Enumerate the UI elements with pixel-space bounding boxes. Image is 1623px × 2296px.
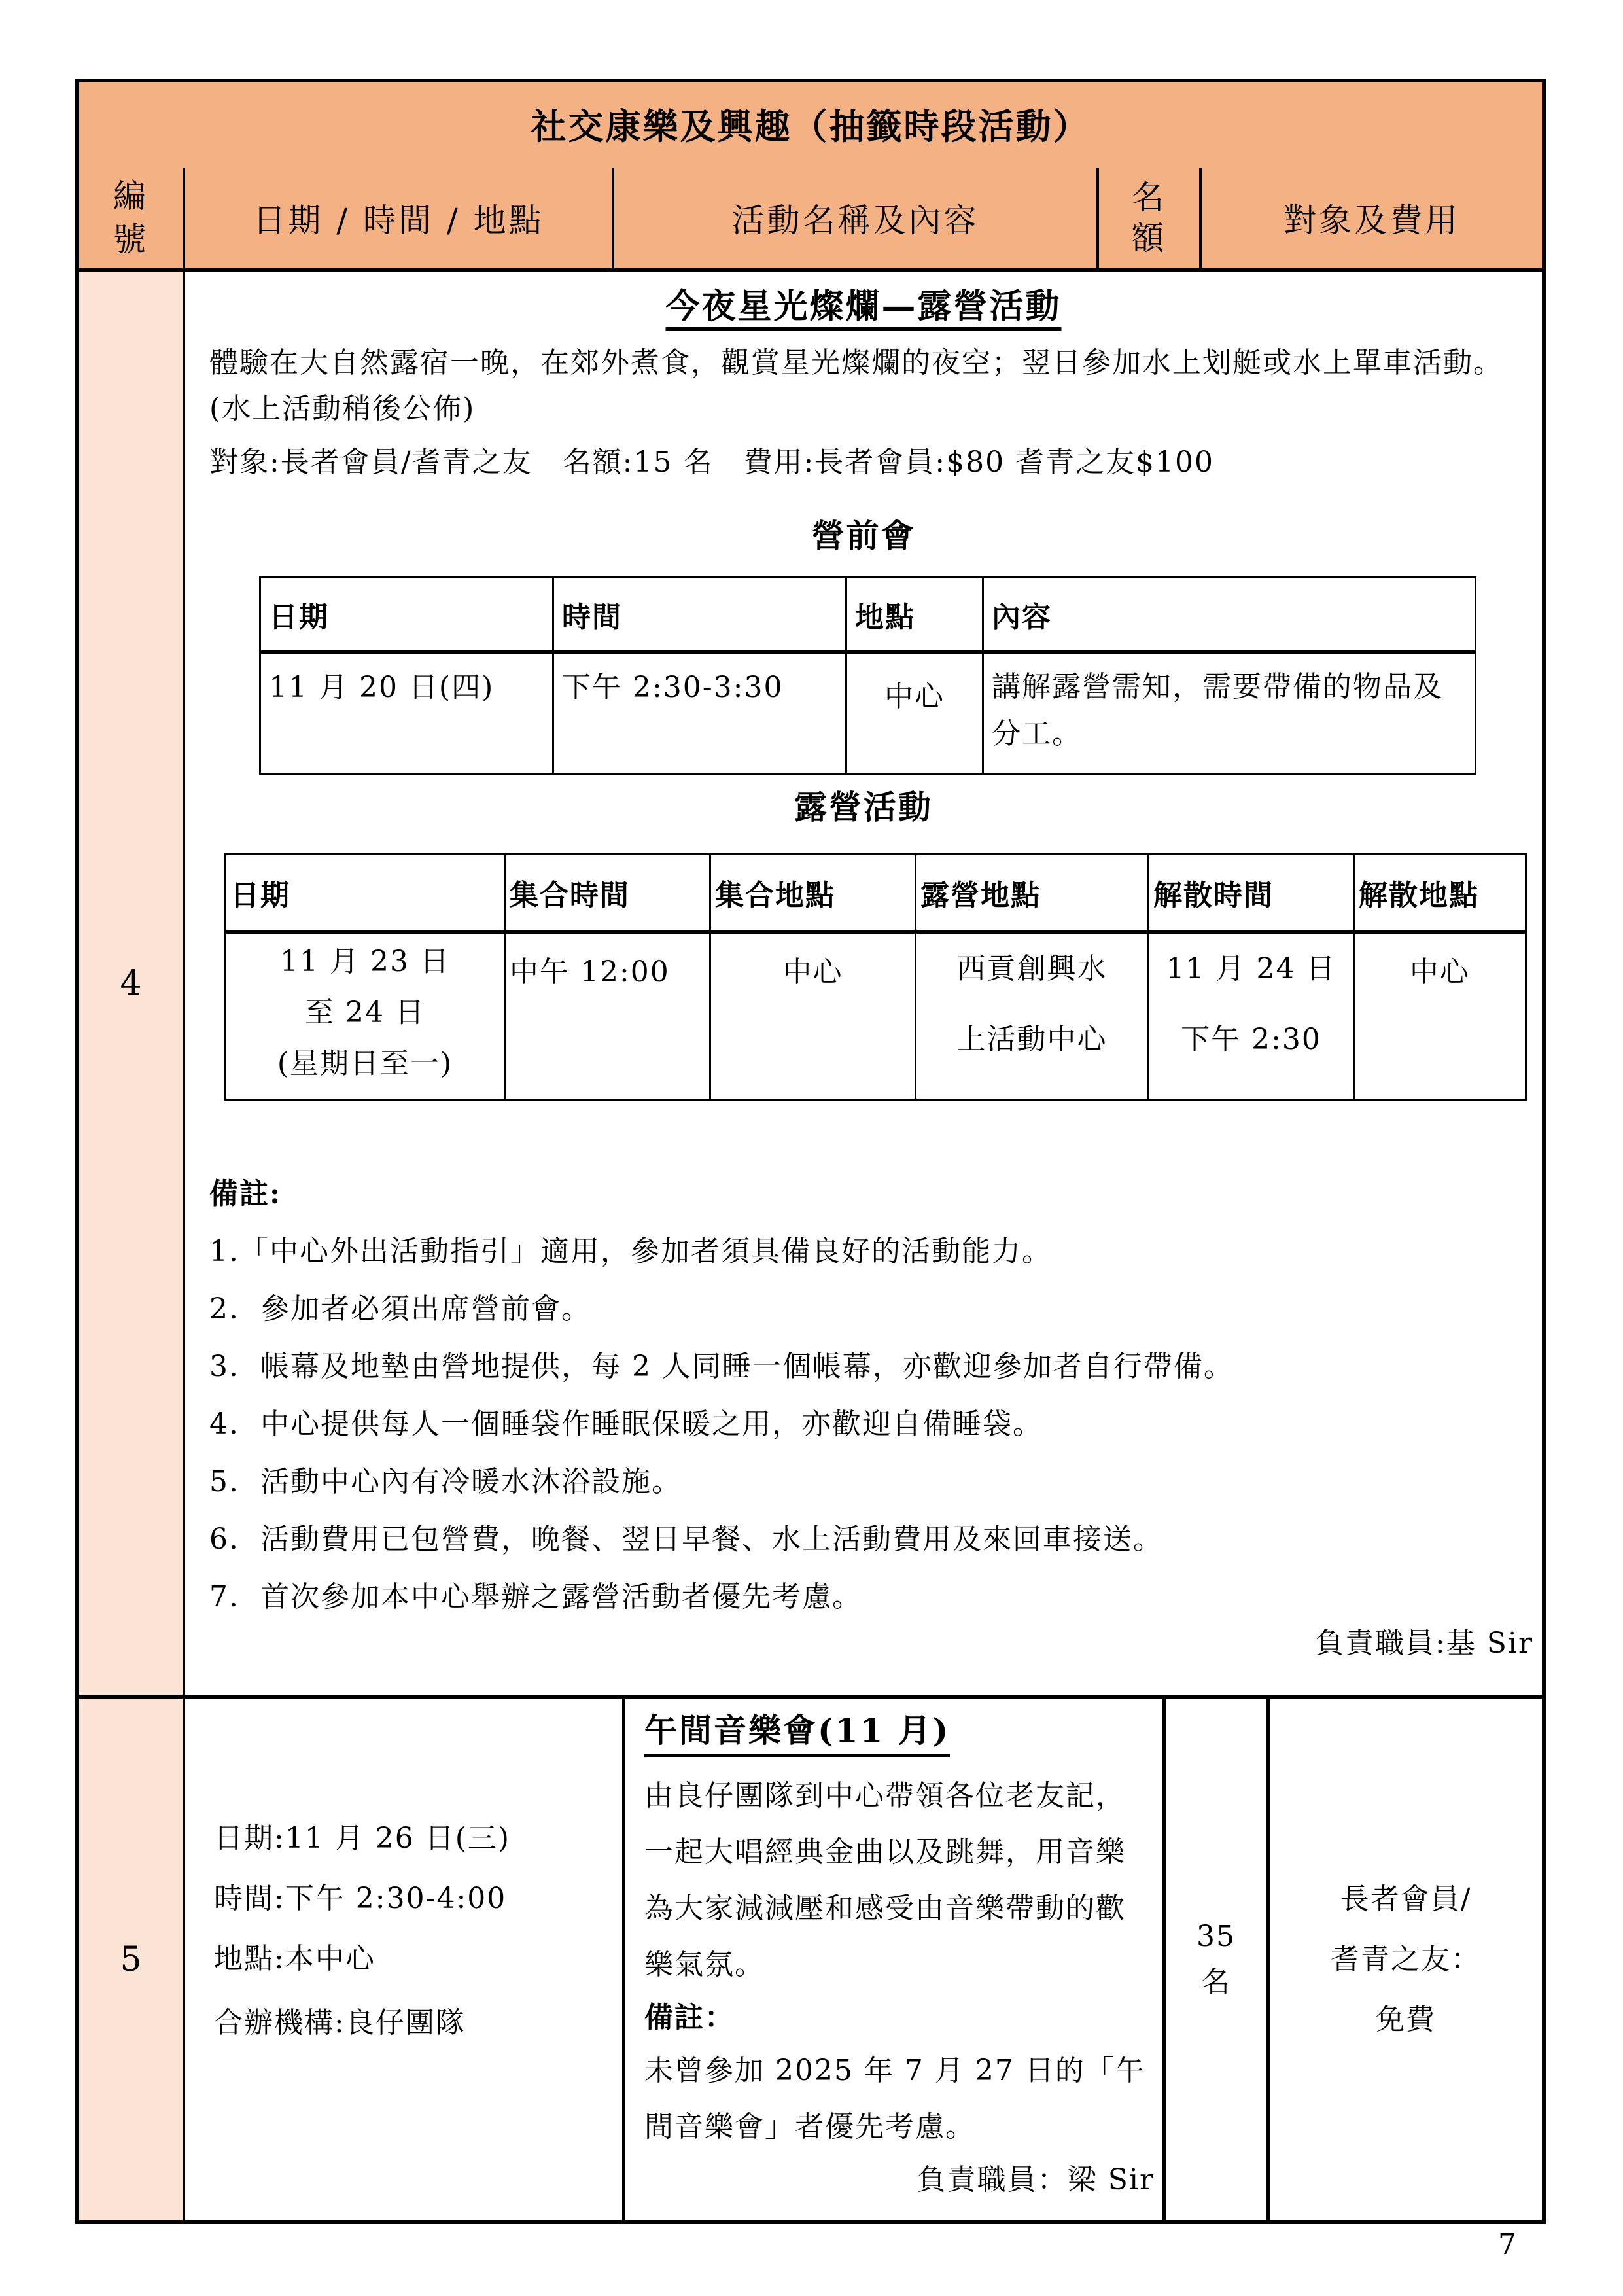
quota-cell: 35 名 <box>1166 1699 1266 2220</box>
table-header-cell: 集合地點 <box>710 855 916 932</box>
table-header-cell: 日期 <box>226 855 505 932</box>
event-co-organizer: 合辦機構:良仔團隊 <box>214 2004 620 2064</box>
section-title: 社交康樂及興趣（抽籤時段活動） <box>531 99 1091 149</box>
camp-table: 日期 集合時間 集合地點 露營地點 解散時間 解散地點 11 月 23 日 至 … <box>224 853 1527 1101</box>
table-header-cell: 地點 <box>846 578 983 652</box>
activity-number-cell: 4 <box>79 272 183 1695</box>
table-cell: 中心 <box>846 652 983 774</box>
col-header-activity: 活動名稱及內容 <box>614 168 1096 268</box>
table-row: 11 月 23 日 至 24 日 (星期日至一) 中午 12:00 中心 西貢創… <box>226 932 1526 1100</box>
event-time: 時間:下午 2:30-4:00 <box>214 1879 620 1939</box>
quota-unit: 名 <box>1201 1960 1231 2005</box>
camp-heading: 露營活動 <box>794 781 933 828</box>
note-item: 6. 活動費用已包營費，晚餐、翌日早餐、水上活動費用及來回車接送。 <box>209 1520 1518 1578</box>
table-cell: 講解露營需知，需要帶備的物品及分工。 <box>983 652 1476 774</box>
note-item: 1.「中心外出活動指引」適用，參加者須具備良好的活動能力。 <box>209 1232 1518 1290</box>
table-header-row: 日期 時間 地點 內容 <box>260 578 1476 652</box>
quota-number: 35 <box>1196 1914 1236 1960</box>
col-header-number: 編號 <box>79 168 183 268</box>
target-line-2: 耆青之友： <box>1331 1930 1481 1990</box>
table-cell: 11 月 23 日 至 24 日 (星期日至一) <box>226 932 505 1100</box>
table-cell: 11 月 20 日(四) <box>260 652 553 774</box>
target-fee-cell: 長者會員/ 耆青之友： 免費 <box>1270 1699 1542 2220</box>
notes-label: 備註: <box>209 1174 1518 1232</box>
staff-in-charge: 負責職員：梁 Sir <box>644 2155 1155 2205</box>
col-header-datetime-venue: 日期 / 時間 / 地點 <box>185 168 612 268</box>
notes-block: 備註: 1.「中心外出活動指引」適用，參加者須具備良好的活動能力。 2. 參加者… <box>209 1174 1518 1635</box>
event-venue: 地點:本中心 <box>214 1939 620 2004</box>
note-item: 5. 活動中心內有冷暖水沐浴設施。 <box>209 1462 1518 1520</box>
datetime-venue-block: 日期:11 月 26 日(三) 時間:下午 2:30-4:00 地點:本中心 合… <box>214 1819 620 2064</box>
table-header-row: 日期 集合時間 集合地點 露營地點 解散時間 解散地點 <box>226 855 1526 932</box>
activity-content-block: 午間音樂會(11 月) 由良仔團隊到中心帶領各位老友記，一起大唱經典金曲以及跳舞… <box>644 1708 1155 2205</box>
target-line-1: 長者會員/ <box>1340 1869 1472 1930</box>
table-header-cell: 日期 <box>260 578 553 652</box>
pre-meeting-table: 日期 時間 地點 內容 11 月 20 日(四) 下午 2:30-3:30 中心… <box>259 576 1476 775</box>
activity-description: 由良仔團隊到中心帶領各位老友記，一起大唱經典金曲以及跳舞，用音樂為大家減減壓和感… <box>644 1768 1155 1993</box>
table-row: 11 月 20 日(四) 下午 2:30-3:30 中心 講解露營需知，需要帶備… <box>260 652 1476 774</box>
col-header-target-fee: 對象及費用 <box>1202 168 1542 268</box>
table-header-cell: 解散時間 <box>1149 855 1354 932</box>
pre-meeting-heading-wrap: 營前會 <box>185 510 1542 556</box>
activity-summary: 對象:長者會員/耆青之友 名額:15 名 費用:長者會員:$80 耆青之友$10… <box>209 440 1531 486</box>
activity-description: 體驗在大自然露宿一晚，在郊外煮食，觀賞星光燦爛的夜空；翌日參加水上划艇或水上單車… <box>209 340 1505 432</box>
table-cell: 中午 12:00 <box>505 932 710 1100</box>
page-number: 7 <box>1498 2228 1516 2261</box>
table-header-cell: 內容 <box>983 578 1476 652</box>
event-date: 日期:11 月 26 日(三) <box>214 1819 620 1879</box>
col-header-quota: 名額 <box>1099 168 1199 268</box>
table-cell: 下午 2:30-3:30 <box>553 652 846 774</box>
note-item: 未曾參加 2025 年 7 月 27 日的「午間音樂會」者優先考慮。 <box>644 2043 1155 2155</box>
table-cell: 11 月 24 日 下午 2:30 <box>1149 932 1354 1100</box>
activity-number: 4 <box>120 964 141 1003</box>
table-cell: 西貢創興水 上活動中心 <box>916 932 1149 1100</box>
fee: 免費 <box>1376 1990 1436 2050</box>
table-cell: 中心 <box>1354 932 1526 1100</box>
table-header-cell: 解散地點 <box>1354 855 1526 932</box>
activity-number: 5 <box>120 1940 141 1979</box>
pre-meeting-heading: 營前會 <box>812 510 916 557</box>
staff-in-charge: 負責職員:基 Sir <box>1315 1619 1533 1661</box>
activity-title-wrap: 今夜星光燦爛—露營活動 <box>185 274 1542 332</box>
note-item: 3. 帳幕及地墊由營地提供，每 2 人同睡一個帳幕，亦歡迎參加者自行帶備。 <box>209 1347 1518 1405</box>
note-item: 4. 中心提供每人一個睡袋作睡眠保暖之用，亦歡迎自備睡袋。 <box>209 1405 1518 1462</box>
table-cell: 中心 <box>710 932 916 1100</box>
notes-label: 備註： <box>644 1993 1155 2043</box>
note-item: 2. 參加者必須出席營前會。 <box>209 1290 1518 1347</box>
activity-title: 今夜星光燦爛—露營活動 <box>665 279 1061 328</box>
activity-title: 午間音樂會(11 月) <box>644 1711 950 1757</box>
camp-heading-wrap: 露營活動 <box>185 782 1542 828</box>
activity-number-cell: 5 <box>79 1699 183 2220</box>
table-header-cell: 時間 <box>553 578 846 652</box>
table-header-cell: 集合時間 <box>505 855 710 932</box>
table-header-cell: 露營地點 <box>916 855 1149 932</box>
section-title-row: 社交康樂及興趣（抽籤時段活動） <box>75 79 1546 168</box>
